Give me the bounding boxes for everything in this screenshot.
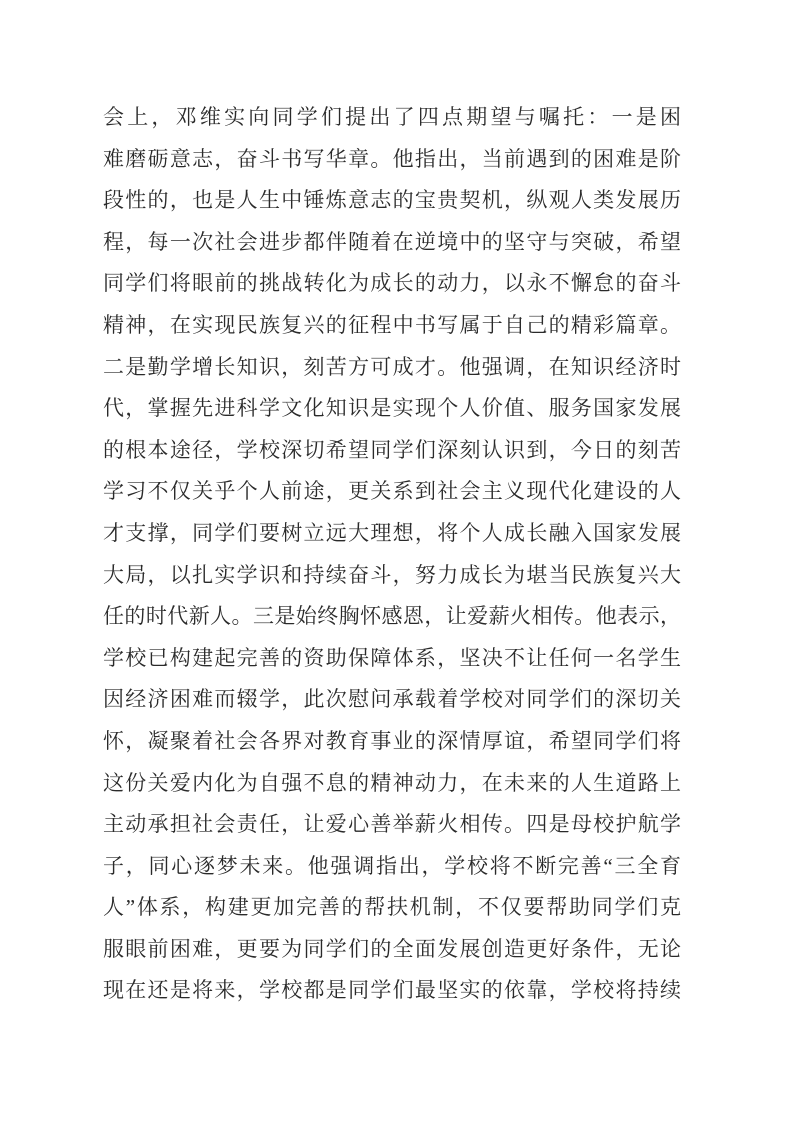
text-line: 现在还是将来，学校都是同学们最坚实的依靠，学校将持续 <box>103 970 681 1012</box>
text-line: 的根本途径，学校深切希望同学们深刻认识到，今日的刻苦 <box>103 430 681 472</box>
text-line: 人”体系，构建更加完善的帮扶机制，不仅要帮助同学们克 <box>103 887 681 929</box>
text-line: 才支撑，同学们要树立远大理想，将个人成长融入国家发展 <box>103 513 681 555</box>
document-page: 会上，邓维实向同学们提出了四点期望与嘱托：一是困难磨砺意志，奋斗书写华章。他指出… <box>0 0 793 1122</box>
text-line: 因经济困难而辍学，此次慰问承载着学校对同学们的深切关 <box>103 679 681 721</box>
text-line: 同学们将眼前的挑战转化为成长的动力，以永不懈怠的奋斗 <box>103 263 681 305</box>
text-line: 程，每一次社会进步都伴随着在逆境中的坚守与突破，希望 <box>103 222 681 264</box>
text-line: 二是勤学增长知识，刻苦方可成才。他强调，在知识经济时 <box>103 347 681 389</box>
text-line: 这份关爱内化为自强不息的精神动力，在未来的人生道路上 <box>103 763 681 805</box>
text-line: 子，同心逐梦未来。他强调指出，学校将不断完善“三全育 <box>103 846 681 888</box>
text-line: 段性的，也是人生中锤炼意志的宝贵契机，纵观人类发展历 <box>103 180 681 222</box>
text-line: 任的时代新人。三是始终胸怀感恩，让爱薪火相传。他表示， <box>103 596 681 638</box>
text-line: 服眼前困难，更要为同学们的全面发展创造更好条件，无论 <box>103 929 681 971</box>
text-line: 难磨砺意志，奋斗书写华章。他指出，当前遇到的困难是阶 <box>103 139 681 181</box>
text-line: 学校已构建起完善的资助保障体系，坚决不让任何一名学生 <box>103 638 681 680</box>
text-line: 怀，凝聚着社会各界对教育事业的深情厚谊，希望同学们将 <box>103 721 681 763</box>
body-paragraph: 会上，邓维实向同学们提出了四点期望与嘱托：一是困难磨砺意志，奋斗书写华章。他指出… <box>103 97 681 1012</box>
text-line: 大局，以扎实学识和持续奋斗，努力成长为堪当民族复兴大 <box>103 555 681 597</box>
text-line: 精神，在实现民族复兴的征程中书写属于自己的精彩篇章。 <box>103 305 681 347</box>
text-line: 会上，邓维实向同学们提出了四点期望与嘱托：一是困 <box>103 97 681 139</box>
text-line: 学习不仅关乎个人前途，更关系到社会主义现代化建设的人 <box>103 471 681 513</box>
text-line: 代，掌握先进科学文化知识是实现个人价值、服务国家发展 <box>103 388 681 430</box>
text-line: 主动承担社会责任，让爱心善举薪火相传。四是母校护航学 <box>103 804 681 846</box>
